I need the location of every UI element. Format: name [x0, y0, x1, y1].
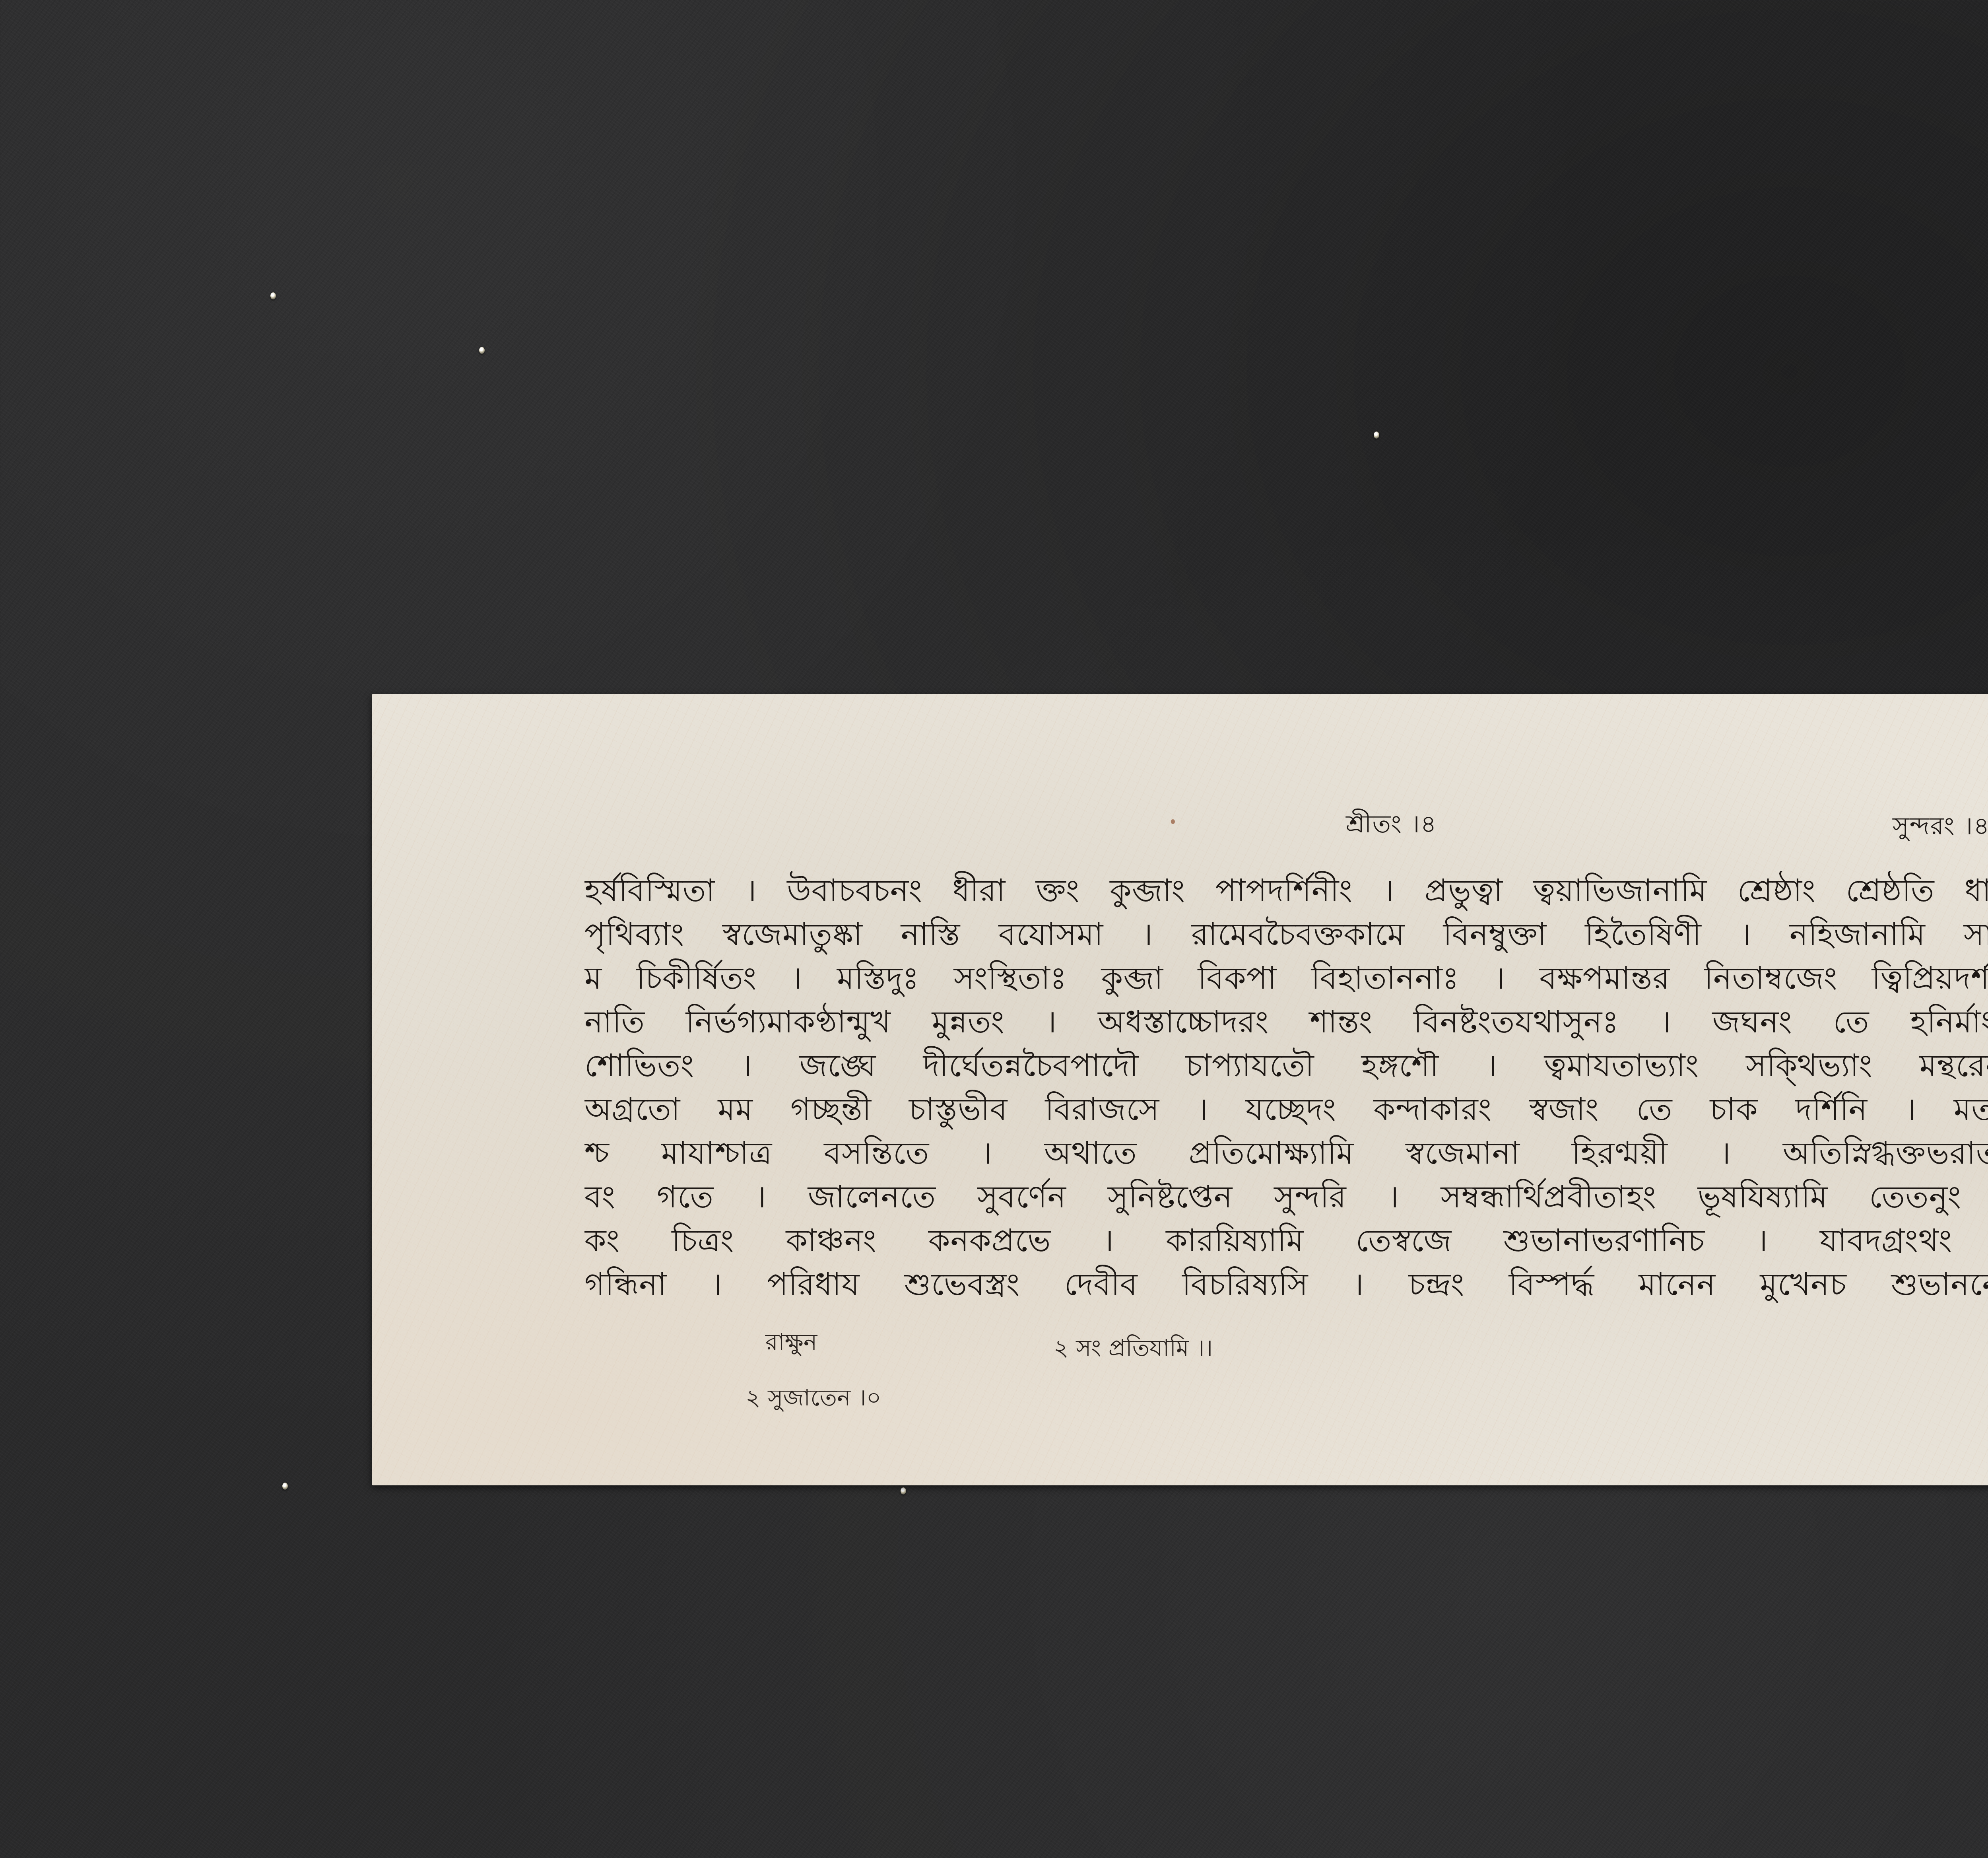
mounting-pin	[282, 1483, 288, 1490]
footer-note-left-top: রাক্ষুন	[765, 1324, 817, 1363]
footer-note-left-bottom: ২ সুজাতেন ।০	[745, 1380, 881, 1419]
text-line-9: কং চিত্রং কাঞ্চনং কনকপ্রভে । কারয়িষ্যাম…	[584, 1219, 1988, 1263]
text-line-1: হর্ষবিস্মিতা । উবাচবচনং ধীরা ক্তং কুব্জা…	[584, 869, 1988, 913]
mounting-pin	[1374, 431, 1379, 439]
text-line-4: নাতি নির্ভগ্যমাকণ্ঠান্মুখ মুন্নতং । অধস্…	[584, 1000, 1988, 1044]
text-line-10: গন্ধিনা । পরিধায শুভেবস্ত্রং দেবীব বিচরি…	[584, 1263, 1988, 1306]
text-line-5: শোভিতং । জঙ্ঘে দীর্ঘেতন্নচৈবপাদৌ চাপ্যায…	[584, 1044, 1988, 1088]
text-line-3: ম চিকীর্ষিতং । মস্তিদুঃ সংস্থিতাঃ কুব্জা…	[584, 956, 1988, 1000]
manuscript-text-block: হর্ষবিস্মিতা । উবাচবচনং ধীরা ক্তং কুব্জা…	[584, 869, 1988, 1306]
mounting-pin	[479, 347, 485, 354]
folio-header-center: শ্রীতং ।৪	[1346, 805, 1437, 846]
text-line-2: পৃথিব্যাং স্বজেমাতুষ্কা নাস্তি বযোসমা । …	[584, 913, 1988, 956]
mounting-pin	[270, 292, 276, 299]
text-line-7: শ্চ মাযাশ্চাত্র বসন্তিতে । অথাতে প্রতিমো…	[584, 1131, 1988, 1175]
text-line-8: বং গতে । জালেনতে সুবর্ণেন সুনিষ্টপ্তেন স…	[584, 1175, 1988, 1219]
ink-stain	[1171, 819, 1175, 824]
footer-note-center: ২ সং প্রতিযামি ।।	[1054, 1330, 1213, 1369]
folio-header-right-1: সুন্দরং ।৪	[1893, 807, 1988, 848]
mounting-pin	[901, 1487, 906, 1495]
text-line-6: অগ্রতো মম গচ্ছন্তী চাস্তুভীব বিরাজসে । য…	[584, 1088, 1988, 1131]
